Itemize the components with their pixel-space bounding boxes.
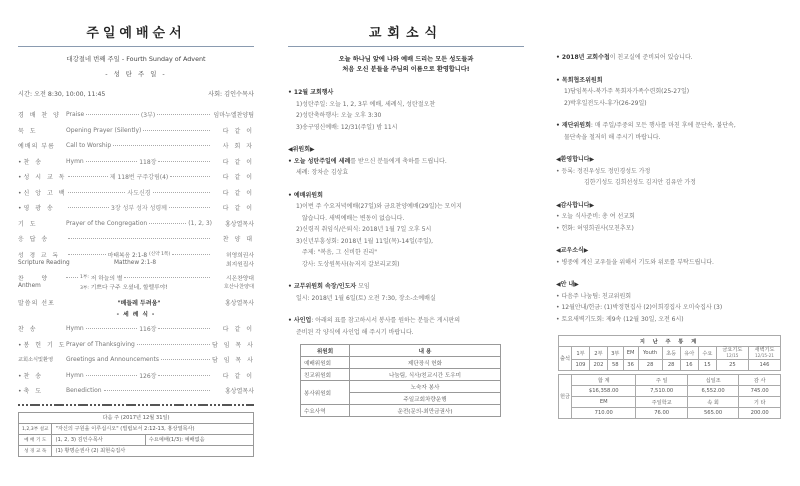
offering-table: 헌금 합 계 주 일 십일조 감 사 $16,358.00 7,510.00 6… [558,374,781,419]
baptism-title: - 세 례 식 - [18,310,254,321]
sermon-row: 말씀의 선포 "베들레 두려움" 홍상열목사 [18,295,254,311]
dashed-divider [18,404,254,406]
order-row: •영 광 송 3장 성부 성자 성령께 다 같 이 [18,200,254,216]
signup-table: 위원회 내 용 예배위원회 제단장식 헌화 친교위원회 나눔팀, 식사/친교시간… [300,344,501,417]
order-row: 기 도 Prayer of the Congregation(1, 2, 3) … [18,216,254,232]
worship-order-title: 주일예배순서 [18,22,254,40]
title-divider [288,46,524,47]
thanks-section: ◀감사합니다▶ • 오늘 식사준비: 총 여 선교회 • 헌화: 허영희권사(모… [556,200,792,235]
notice-section: ◀안 내▶ • 다음주 나눔팀: 친교위원회 • 12월안내/헌금: (1)박정… [556,279,792,325]
next-week-table: 다음 주 (2017년 12월 31일) 1,2,3부 설교 "자신의 구원을 … [18,412,254,457]
church-news-title: 교회소식 [288,22,524,40]
advent-subtitle: 대강절네 번째 주일 - Fourth Sunday of Advent [18,54,254,63]
order-row: 경 배 찬 양 Praise(3부) 임마누엘찬양팀 [18,107,254,123]
order-row: •신 앙 고 백 사도신경 다 같 이 [18,185,254,201]
presider: 사회: 김인수목사 [208,89,254,98]
welcome-message: 오늘 하나님 앞에 나와 예배 드리는 모든 성도들과 처음 오신 분들을 주님… [288,55,524,75]
scripture-row-en: Scripture Reading Matthew 2:1-8 최지원집사 [18,259,254,268]
stats-title: 지 난 주 통 계 [559,336,781,347]
signup-section: • 사인업: 아래의 표를 참고하시서 봉사를 원하는 분들은 게시판의 준비된… [288,315,524,338]
anthem-row-en: Anthem 3부: 기쁘다 구주 오셨네, 할렐루야! 호산나찬양대 [18,282,254,291]
order-row: •축 도 Benediction 홍상열목사 [18,383,254,399]
order-row: •찬 송 Hymn126장 다 같 이 [18,368,254,384]
order-row: 찬 송 Hymn116장 다 같 이 [18,321,254,337]
education-committee: • 교무위원회 속장/인도자 모임 일시: 2018년 1월 6일(토) 오전 … [288,281,524,304]
committee-section: ◀위원회▶ • 오늘 성탄주일에 세례를 받으신 분들에게 축하를 드립니다. … [288,144,524,179]
order-row: 응 답 송 찬 양 대 [18,231,254,247]
member-news: ◀교우소식▶ • 병중에 계신 교우들을 위해서 기도와 위로를 부탁드립니다. [556,245,792,268]
scripture-row: 성 경 교 독 마태복음 2:1-8 (신약 1쪽) 허영희권사 [18,250,254,259]
order-row: 묵 도 Opening Prayer (Silently) 다 같 이 [18,123,254,139]
church-news-panel: 교회소식 오늘 하나님 앞에 나와 예배 드리는 모든 성도들과 처음 오신 분… [288,0,524,486]
welcome-section: ◀환영합니다▶ • 등록: 정진우성도 정민경성도 가정 김한기성도 김희선성도… [556,154,792,189]
worship-order-panel: 주일예배순서 대강절네 번째 주일 - Fourth Sunday of Adv… [18,0,254,486]
announcements-panel: • 2018년 교회수첩이 친교실에 준비되어 있습니다. • 목회협조위원회 … [556,0,792,486]
anthem-row: 찬 양 1부: 저 하늘의 별 시온찬양대 [18,273,254,282]
order-row: •찬 송 Hymn118장 다 같 이 [18,154,254,170]
order-row: •성 시 교 독 제 118번 구주강림(4) 다 같 이 [18,169,254,185]
weekly-stats-table: 지 난 주 통 계 출석 1부 2부 3부 EM Youth 초등 유아 수요 … [558,335,781,371]
time-row: 시간: 오전 8:30, 10:00, 11:45 사회: 김인수목사 [18,89,254,98]
order-row: •봉 헌 기 도 Prayer of Thanksgiving 담 임 목 사 [18,337,254,353]
pastoral-committee: • 목회협조위원회 1)담임목사-북가주 목회자가족수련회(25-27일) 2)… [556,75,792,110]
december-events: • 12월 교회행사 1)성탄주일: 오늘 1, 2, 3부 예배, 세례식, … [288,87,524,133]
finance-committee: • 재단위원회: 매 주일/주중의 모든 행사를 마친 후에 문단속, 불단속,… [556,120,792,143]
order-row: 예배의 부름 Call to Worship 사 회 자 [18,138,254,154]
title-divider [18,46,254,47]
order-row: 교회소식및환영 Greetings and Announcements 담 임 … [18,352,254,368]
next-week-header: 다음 주 (2017년 12월 31일) [19,412,254,423]
church-notebook: • 2018년 교회수첩이 친교실에 준비되어 있습니다. [556,52,792,64]
worship-committee: • 예배위원회 1)이번 주 수요저녁예배(27일)와 금요찬양예배(29일)는… [288,190,524,271]
order-list: 경 배 찬 양 Praise(3부) 임마누엘찬양팀 묵 도 Opening P… [18,107,254,399]
service-times: 시간: 오전 8:30, 10:00, 11:45 [18,89,105,98]
occasion-title: - 성 탄 주 일 - [18,69,254,78]
